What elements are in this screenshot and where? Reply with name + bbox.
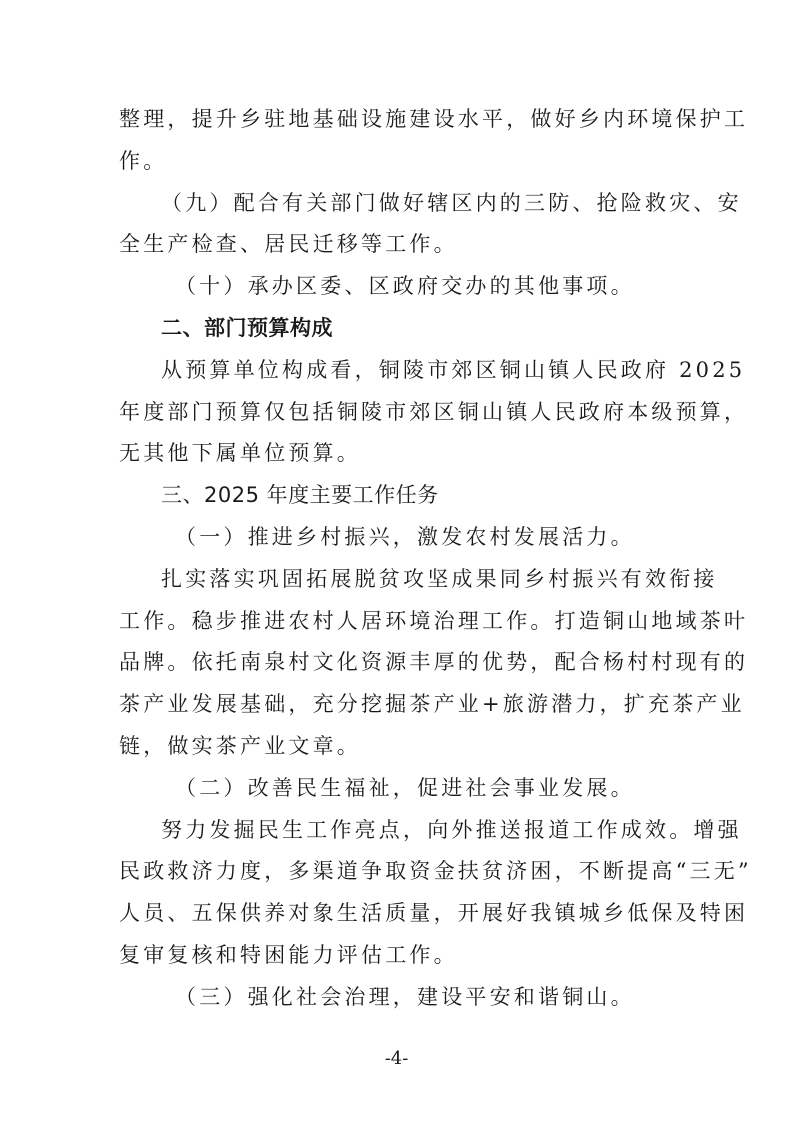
- paragraph-line: 民政救济力度，多渠道争取资金扶贫济困，不断提高“三无”: [119, 851, 679, 893]
- subheading-rural-revitalization: （一）推进乡村振兴，激发农村发展活力。: [119, 517, 679, 559]
- paragraph-line: 全生产检查、居民迁移等工作。: [119, 224, 679, 266]
- paragraph-line: 作。: [119, 141, 679, 183]
- list-item-ten: （十）承办区委、区政府交办的其他事项。: [119, 266, 679, 308]
- paragraph-line: 无其他下属单位预算。: [119, 433, 679, 475]
- subheading-livelihood: （二）改善民生福祉，促进社会事业发展。: [119, 768, 679, 810]
- paragraph-line: 复审复核和特困能力评估工作。: [119, 935, 679, 977]
- paragraph-line: 努力发掘民生工作亮点，向外推送报道工作成效。增强: [119, 810, 679, 852]
- section-heading-budget-structure: 二、部门预算构成: [119, 308, 679, 350]
- subheading-social-governance: （三）强化社会治理，建设平安和谐铜山。: [119, 977, 679, 1019]
- paragraph-line: 链，做实茶产业文章。: [119, 726, 679, 768]
- paragraph-line: 茶产业发展基础，充分挖掘茶产业+旅游潜力，扩充茶产业: [119, 684, 679, 726]
- paragraph-line: 工作。稳步推进农村人居环境治理工作。打造铜山地域茶叶: [119, 601, 679, 643]
- document-page: 整理，提升乡驻地基础设施建设水平，做好乡内环境保护工 作。 （九）配合有关部门做…: [0, 0, 793, 1122]
- paragraph-line: 整理，提升乡驻地基础设施建设水平，做好乡内环境保护工: [119, 99, 679, 141]
- list-item-nine: （九）配合有关部门做好辖区内的三防、抢险救灾、安: [119, 183, 679, 225]
- page-number: -4-: [0, 1048, 793, 1069]
- document-body: 整理，提升乡驻地基础设施建设水平，做好乡内环境保护工 作。 （九）配合有关部门做…: [119, 99, 679, 1019]
- paragraph-line: 人员、五保供养对象生活质量，开展好我镇城乡低保及特困: [119, 893, 679, 935]
- section-heading-main-tasks: 三、2025 年度主要工作任务: [119, 475, 679, 517]
- paragraph-line: 年度部门预算仅包括铜陵市郊区铜山镇人民政府本级预算，: [119, 392, 679, 434]
- paragraph-line: 品牌。依托南泉村文化资源丰厚的优势，配合杨村村现有的: [119, 642, 679, 684]
- paragraph-line: 扎实落实巩固拓展脱贫攻坚成果同乡村振兴有效衔接: [119, 559, 679, 601]
- paragraph-line: 从预算单位构成看，铜陵市郊区铜山镇人民政府 2025: [119, 350, 679, 392]
